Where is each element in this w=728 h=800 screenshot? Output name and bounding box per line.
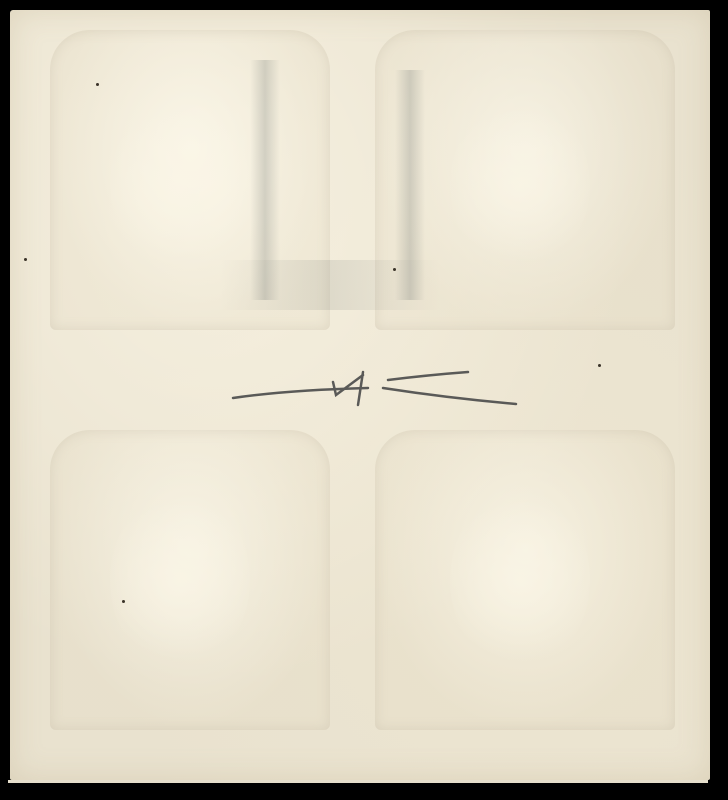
- emboss-bottom-right: [450, 490, 590, 670]
- emboss-top-left: [110, 100, 250, 270]
- speck: [598, 364, 601, 367]
- emboss-top-right: [450, 100, 590, 270]
- showthrough-band-3: [220, 260, 440, 310]
- emboss-bottom-left: [110, 490, 250, 670]
- speck: [96, 83, 99, 86]
- paper-edge-sliver: [8, 780, 708, 783]
- pencil-mark: [228, 360, 523, 410]
- speck: [24, 258, 27, 261]
- speck: [122, 600, 125, 603]
- speck: [393, 268, 396, 271]
